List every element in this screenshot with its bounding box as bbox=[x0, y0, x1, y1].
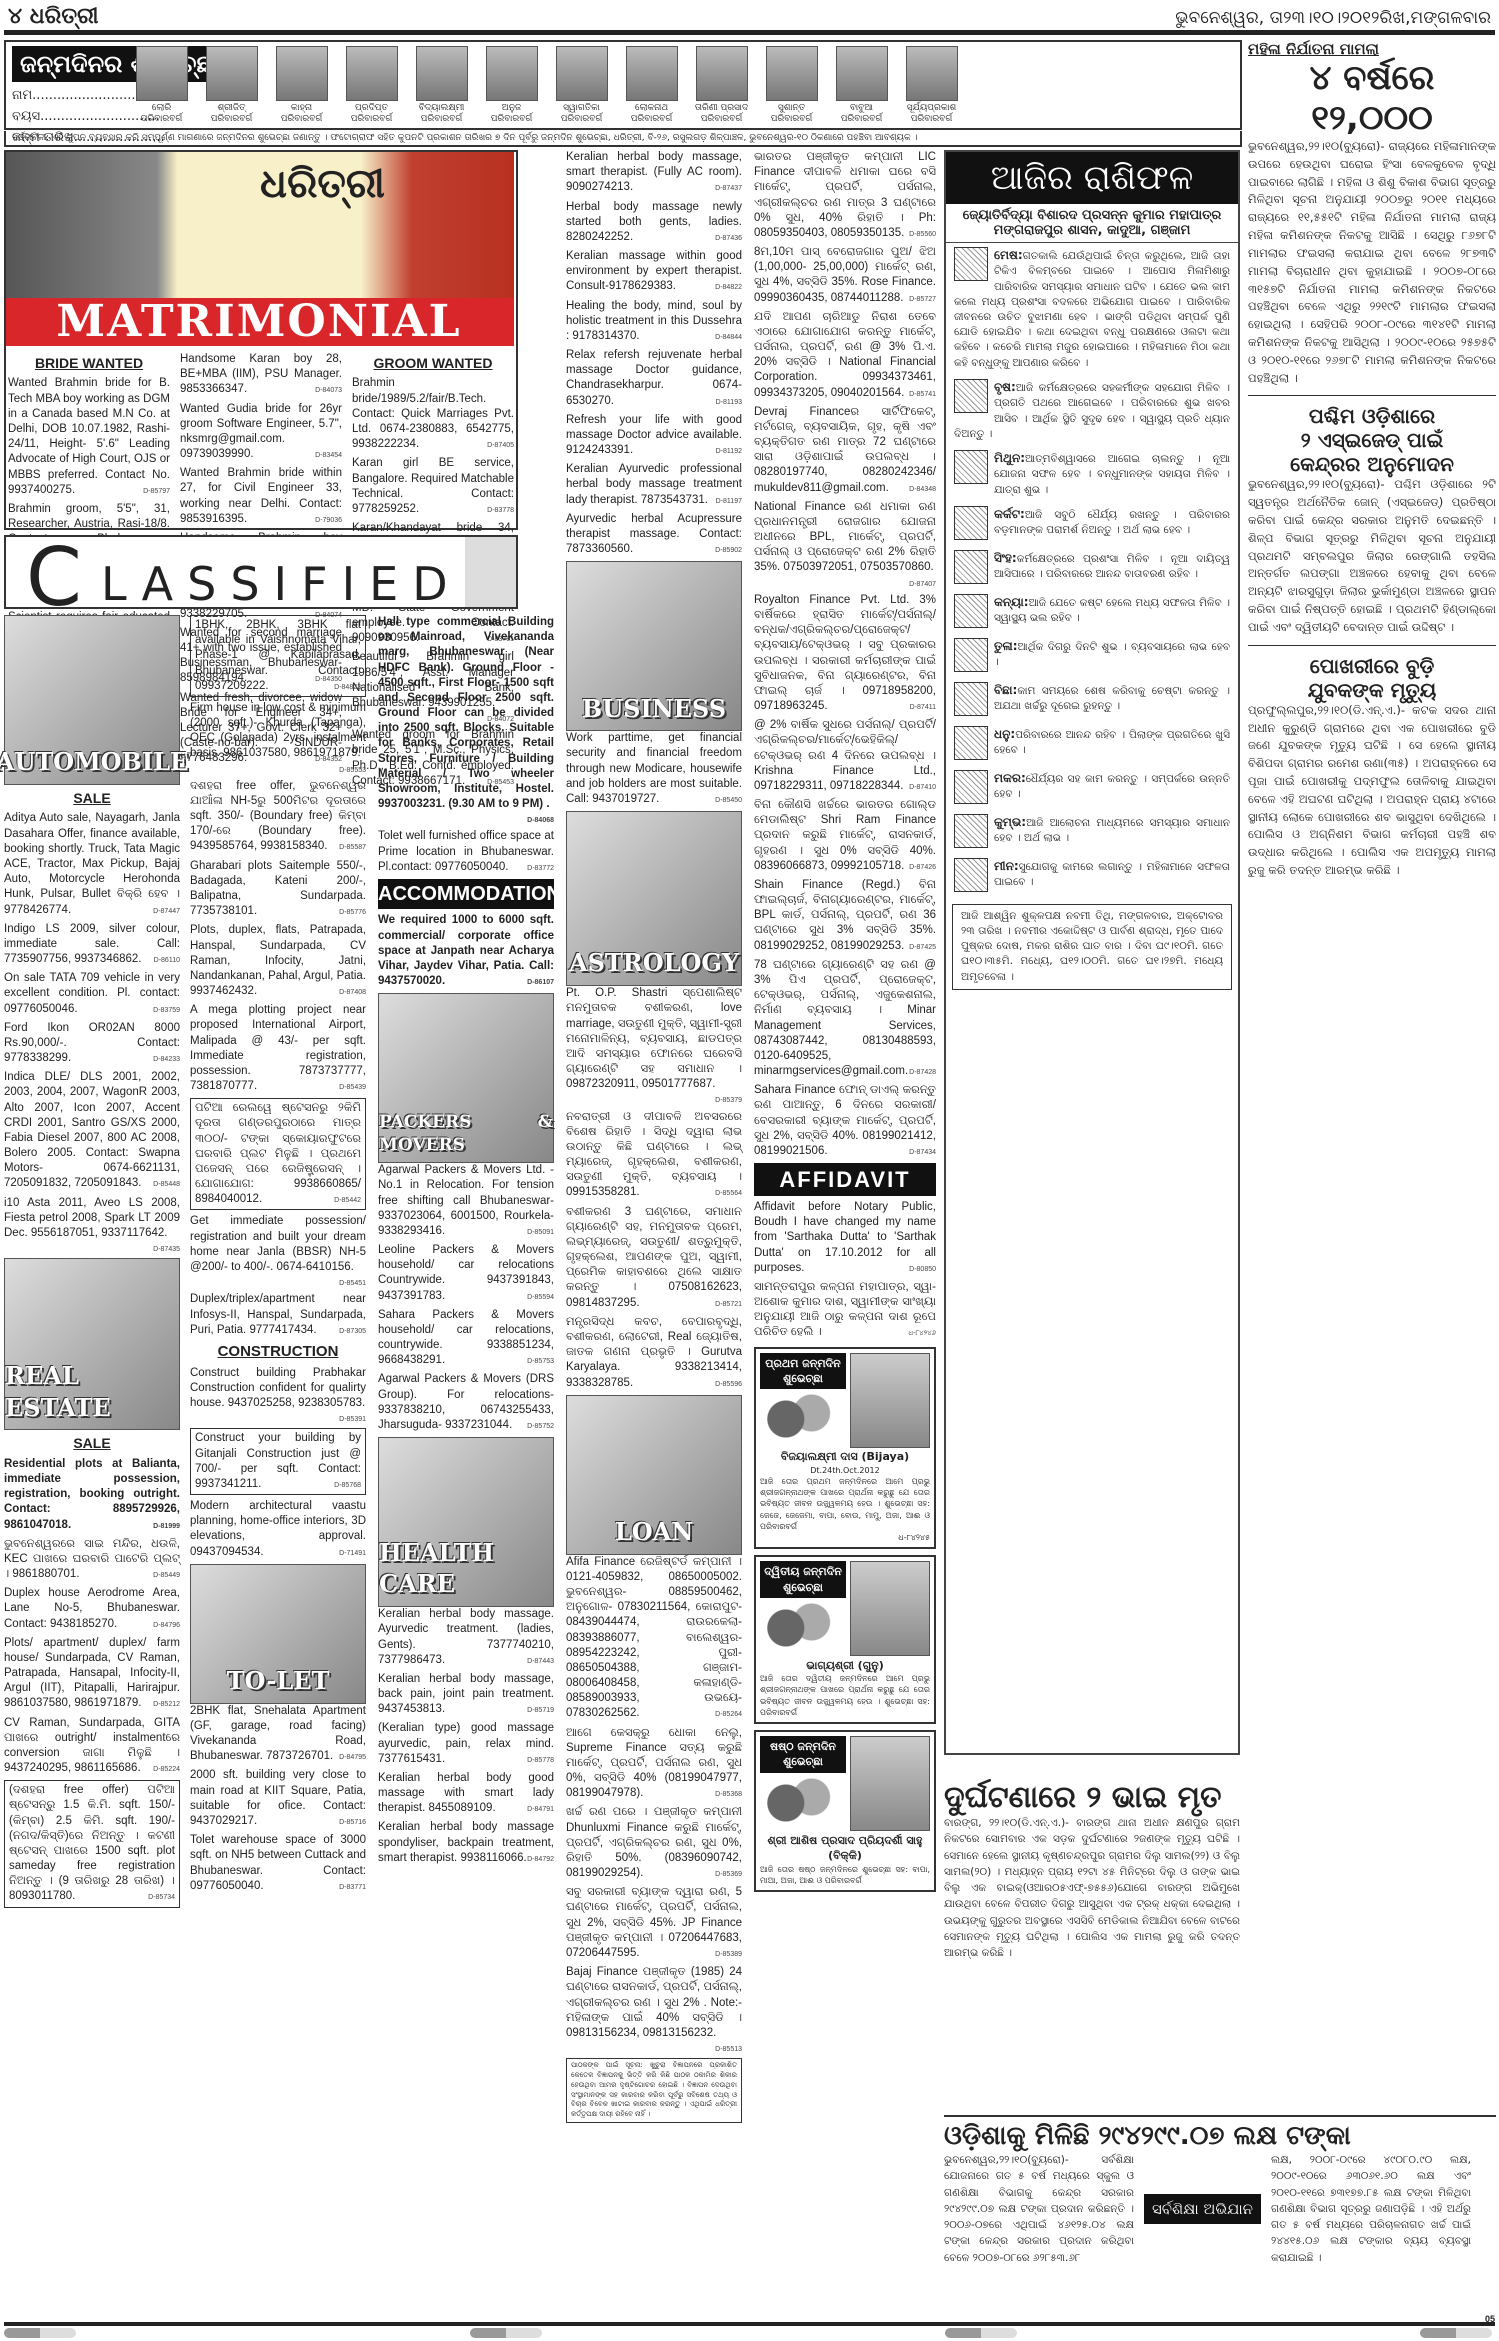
sarva-shiksha-headline: ଓଡ଼ିଶାକୁ ମିଳିଛି ୨୯୪୨୯୯.୦୭ ଲକ୍ଷ ଟଙ୍କା bbox=[944, 2115, 1496, 2152]
birthday-photo: ଲୋକନାଥପରିବାରବର୍ଗ bbox=[624, 46, 679, 135]
child-photo bbox=[850, 1736, 930, 1831]
classified-ad: Agarwal Packers & Movers (DRS Group). Fo… bbox=[378, 1372, 554, 1433]
child-photo bbox=[626, 46, 678, 101]
ad-code: D-87411 bbox=[910, 703, 936, 712]
ad-text: ମନ୍ତ୍ରସିଦ୍ଧ କବଚ, ବେପାରବୃଦ୍ଧି, ବଶୀକରଣ, ଲୋ… bbox=[566, 1316, 742, 1389]
ad-code: D-87410 bbox=[909, 783, 936, 792]
classified-ad: Keralian herbal body massage. Ayurvedic … bbox=[378, 1607, 554, 1668]
child-from: ପରିବାରବର୍ଗ bbox=[631, 114, 673, 125]
classified-ad: Tolet well furnished office space at Pri… bbox=[378, 829, 554, 875]
horoscope-sign: ମକର:ଧୈର୍ଯ୍ୟର ସହ କାମ କରନ୍ତୁ । ସମ୍ପର୍କରେ ଉ… bbox=[946, 766, 1238, 810]
ad-code: D-85719 bbox=[527, 1706, 554, 1715]
ad-text: ଭାରତର ପଞ୍ଜୀକୃତ କମ୍ପାନୀ LIC Finance ଦୀପାବ… bbox=[754, 151, 936, 239]
horoscope-sign: ମୀନ:ସୁଯୋଗକୁ କାମରେ ଲଗାନ୍ତୁ । ମହିଳାମାନେ ସଫ… bbox=[946, 854, 1238, 898]
card-title: ଦ୍ୱିତୀୟ ଜନ୍ମଦିନ ଶୁଭେଚ୍ଛା bbox=[760, 1561, 846, 1598]
ad-code: D-85753 bbox=[527, 1357, 554, 1366]
classified-initial: C bbox=[26, 531, 82, 624]
ad-text: We required 1000 to 6000 sqft. commercia… bbox=[378, 914, 554, 987]
classified-ad: Modern architectural vaastu planning, ho… bbox=[190, 1499, 366, 1560]
classified-ad: On sale TATA 709 vehicle in very excelle… bbox=[4, 971, 180, 1017]
ad-text: Plots, duplex, flats, Patrapada, Hanspal… bbox=[190, 924, 366, 997]
footer-pill bbox=[945, 2328, 1017, 2338]
sign-text: ଆର୍ଥିକ ଦିଗରୁ ଦିନଟି ଶୁଭ । ବ୍ୟବସାୟରେ ଲାଭ ହ… bbox=[994, 641, 1230, 668]
ad-code: D-84068 bbox=[527, 816, 554, 825]
ad-code: D-85513 bbox=[715, 2045, 742, 2054]
property-column: 1BHK, 2BHK, 3BHK flat available in Vaish… bbox=[190, 615, 366, 1898]
birthday-photo: ଲୋରିପରିବାରବର୍ଗ bbox=[134, 46, 189, 135]
child-name: ତାରିଣୀ ପ୍ରସାଦ bbox=[695, 103, 748, 114]
classified-ad: Ayurvedic herbal Acupressure therapist m… bbox=[566, 512, 742, 558]
ad-code: D-85721 bbox=[715, 1300, 742, 1309]
drowning-headline-2: ଯୁବକଙ୍କ ମୃତ୍ୟୁ bbox=[1248, 678, 1496, 702]
horoscope-box: ଆଜିର ରାଶିଫଳ ଜ୍ୟୋତିର୍ବିଦ୍ୟା ବିଶାରଦ ପ୍ରସନ୍… bbox=[944, 150, 1240, 1755]
sign-name: ବୃଷ: bbox=[994, 380, 1016, 394]
classified-ad: Plots/ apartment/ duplex/ farm house/ Su… bbox=[4, 1636, 180, 1712]
ad-code: D-86110 bbox=[154, 956, 180, 965]
top-rule bbox=[4, 30, 1495, 35]
massage-astrology-column: Keralian herbal body massage, smart ther… bbox=[566, 150, 742, 2123]
ad-code: D-84844 bbox=[715, 333, 742, 342]
sez-body: ଭୁବନେଶ୍ୱର,୨୨।୧୦(ବ୍ୟୁରୋ)- ପଶ୍ଚିମ ଓଡ଼ିଶାରେ… bbox=[1248, 476, 1496, 636]
sarva-shiksha-body-right: ଲକ୍ଷ, ୨୦୦୮-୦୯ରେ ୪୯୦୮୦.୯୦ ଲକ୍ଷ, ୨୦୦୯-୧୦ରେ… bbox=[1271, 2152, 1471, 2266]
classified-ad: Devraj Financeର ସାର୍ଟିଫିକେଟ୍, ମର୍ଟଗେଜ୍, … bbox=[754, 405, 936, 496]
women-cases-kicker: ମହିଳା ନିର୍ଯାତନା ମାମଲା bbox=[1248, 40, 1496, 58]
zodiac-icon bbox=[954, 770, 988, 804]
birthday-photo: ଅନୁଜପରିବାରବର୍ଗ bbox=[484, 46, 539, 135]
child-from: ପରିବାରବର୍ଗ bbox=[561, 114, 603, 125]
ad-text: Work parttime, get financial security an… bbox=[566, 732, 742, 805]
birthday-card: ଷଷ୍ଠ ଜନ୍ମଦିନ ଶୁଭେଚ୍ଛାଶ୍ରୀ ଆଶିଷ ପ୍ରସାଦ ପ୍… bbox=[754, 1730, 936, 1892]
child-name: କାହ୍ନା bbox=[281, 103, 323, 114]
ad-code: D-85389 bbox=[715, 1950, 742, 1959]
ad-code: D-80850 bbox=[909, 1265, 936, 1274]
balloons-icon bbox=[760, 1773, 846, 1833]
classified-ad: Residential plots at Balianta, immediate… bbox=[4, 1457, 180, 1533]
classified-ad: ସାମନ୍ତରାପୁର କଳ୍ପନା ମହାପାତ୍ର, ସ୍ୱା- ଅଶୋକ … bbox=[754, 1280, 936, 1341]
classified-ad: Firm house in low cost & minimum (2000 s… bbox=[190, 701, 366, 775]
accident-body: ବାରଙ୍ଗ, ୨୨।୧୦(ଡି.ଏନ୍.ଏ.)- ବାରଙ୍ଗ ଥାନା ଅଧ… bbox=[944, 1815, 1240, 1961]
ad-code: D-87437 bbox=[715, 184, 742, 193]
ad-code: D-85212 bbox=[153, 1700, 180, 1709]
real-estate-sale-heading: SALE bbox=[4, 1434, 180, 1452]
classified-ad: Keralian herbal body massage, back pain,… bbox=[378, 1672, 554, 1718]
sign-text: ଧୈର୍ଯ୍ୟର ସହ କାମ କରନ୍ତୁ । ସମ୍ପର୍କରେ ଉନ୍ନତ… bbox=[994, 773, 1230, 800]
classified-ad: Healing the body, mind, soul by holistic… bbox=[566, 299, 742, 345]
child-from: ପରିବାରବର୍ଗ bbox=[491, 114, 533, 125]
classified-ad: Pt. O.P. Shastri ସ୍ପେଶାଲିଷ୍ଟ ମନମୁତାବକ ବଶ… bbox=[566, 986, 742, 1105]
page-label: ୪ ଧରିତ୍ରୀ bbox=[8, 4, 99, 29]
ad-code: D-85768 bbox=[334, 1481, 361, 1490]
classified-ad: ଆଗେ କେସକ୍ରୁ ଧୋକା ନେଲୁ, Supreme Finance ସ… bbox=[566, 1726, 742, 1802]
real-estate-image: REAL ESTATE bbox=[4, 1258, 180, 1430]
sign-text: କାମ ସମୟରେ ଶେଷ କରିବାକୁ ଚେଷ୍ଟା କରନ୍ତୁ । ଅଯ… bbox=[994, 685, 1230, 712]
ad-code: D-83771 bbox=[339, 1883, 366, 1892]
classified-ad: ଦଶହରା free offer, ଭୁବନେଶ୍ୱର ଯାଆଁଳା NH-5ର… bbox=[190, 779, 366, 855]
card-message: ଆଜି ତୋର ଦ୍ୱିତୀୟ ଜନ୍ମଦିନରେ ଆମେ ପ୍ରଭୁ ଶ୍ରୀ… bbox=[760, 1673, 930, 1718]
classified-ad: Leoline Packers & Movers household/ car … bbox=[378, 1243, 554, 1304]
ad-code: D-85902 bbox=[715, 546, 742, 555]
ad-code: D-83454 bbox=[315, 451, 342, 460]
classified-ad: Gharabari plots Saitemple 550/-, Badagad… bbox=[190, 859, 366, 920]
ad-code: D-85560 bbox=[909, 230, 936, 239]
classified-ad: @ 2% ବାର୍ଷିକ ସୁଧରେ ପର୍ସନାଲ୍/ ପ୍ରପର୍ଟି/ଏଗ… bbox=[754, 718, 936, 794]
classified-ad: 1BHK, 2BHK, 3BHK flat available in Vaish… bbox=[190, 615, 366, 697]
ad-text: ଯଦି ଆପଣ ଚାରିଆଡୁ ନିରାଶ ତେବେ ଏଠାରେ ଯୋଗାଯୋଗ… bbox=[754, 311, 936, 399]
ad-code: D-84791 bbox=[527, 1805, 554, 1814]
ad-code: D-81193 bbox=[716, 398, 742, 407]
classified-ad: ଯଦି ଆପଣ ଚାରିଆଡୁ ନିରାଶ ତେବେ ଏଠାରେ ଯୋଗାଯୋଗ… bbox=[754, 310, 936, 401]
sign-text: ଆତ୍ମବିଶ୍ୱାସରେ ଆଗେଇ ଚାଲନ୍ତୁ । ନୂଆ ଯୋଜନା ସ… bbox=[994, 453, 1230, 496]
ad-code: D-87436 bbox=[715, 234, 742, 243]
sarva-shiksha-news: ଓଡ଼ିଶାକୁ ମିଳିଛି ୨୯୪୨୯୯.୦୭ ଲକ୍ଷ ଟଙ୍କା ଭୁବ… bbox=[944, 2115, 1496, 2266]
ad-text: 78 ଘଣ୍ଟାରେ ଗ୍ୟାରେଣ୍ଟି ସହ ରଣ @ 3% ପିଏ ପ୍ର… bbox=[754, 959, 936, 1077]
card-name: ଭାଗ୍ୟଶ୍ରୀ (ଗୁନୁ) bbox=[760, 1658, 930, 1673]
card-title: ଷଷ୍ଠ ଜନ୍ମଦିନ ଶୁଭେଚ୍ଛା bbox=[760, 1736, 846, 1773]
astrology-image: ASTROLOGY bbox=[566, 811, 742, 986]
ad-code: D-83772 bbox=[527, 864, 554, 873]
ad-code: D-87405 bbox=[487, 441, 514, 450]
birthday-photo: ସୁଶାନ୍ତପରିବାରବର୍ଗ bbox=[764, 46, 819, 135]
ad-code: D-85368 bbox=[715, 1790, 742, 1799]
ad-code: D-85391 bbox=[339, 1415, 366, 1424]
child-name: ବାବୁଆ bbox=[841, 103, 883, 114]
ad-code: D-85264 bbox=[715, 1710, 742, 1719]
classified-ad: Work parttime, get financial security an… bbox=[566, 731, 742, 807]
sarva-shiksha-body-left: ଭୁବନେଶ୍ୱର,୨୨।୧୦(ବ୍ୟୁରୋ)- ସର୍ବଶିକ୍ଷା ଯୋଜନ… bbox=[944, 2152, 1134, 2266]
ad-text: A mega plotting project near proposed In… bbox=[190, 1004, 366, 1092]
child-from: ପରିବାରବର୍ଗ bbox=[771, 114, 813, 125]
ad-code: ଧ-୮୪୨୪୬ bbox=[908, 1329, 936, 1338]
ad-text: Pt. O.P. Shastri ସ୍ପେଶାଲିଷ୍ଟ ମନମୁତାବକ ବଶ… bbox=[566, 987, 742, 1090]
classified-ad: Shain Finance (Regd.) ବିନା ଫାଇଲ୍‌ଚାର୍ଜ, … bbox=[754, 878, 936, 954]
birthday-card: ଦ୍ୱିତୀୟ ଜନ୍ମଦିନ ଶୁଭେଚ୍ଛାଭାଗ୍ୟଶ୍ରୀ (ଗୁନୁ)… bbox=[754, 1555, 936, 1724]
classified-ad: Get immediate possession/ registration a… bbox=[190, 1214, 366, 1288]
ad-code: D-85442 bbox=[334, 1196, 361, 1205]
ad-code: D-81999 bbox=[153, 1522, 180, 1531]
finance-column: ଭାରତର ପଞ୍ଜୀକୃତ କମ୍ପାନୀ LIC Finance ଦୀପାବ… bbox=[754, 150, 936, 1898]
classified-ad: We required 1000 to 6000 sqft. commercia… bbox=[378, 913, 554, 989]
birthday-photo: ବାବୁଆପରିବାରବର୍ଗ bbox=[834, 46, 889, 135]
ad-text: i10 Asta 2011, Aveo LS 2008, Fiesta petr… bbox=[4, 1197, 180, 1239]
ad-code: D-85449 bbox=[153, 1571, 180, 1580]
automobile-column: AUTOMOBILE SALE Aditya Auto sale, Nayaga… bbox=[4, 615, 180, 1912]
birthday-greetings-strip: ଜନ୍ମଦିନର ଶୁଭେଚ୍ଛା ନାମ...................… bbox=[4, 40, 1242, 130]
ad-text: ବଶୀକରଣ 3 ଘଣ୍ଟାରେ, ସମାଧାନ ଗ୍ୟାରେଣ୍ଟି ସହ, … bbox=[566, 1206, 742, 1309]
child-name: ଲୋରି bbox=[141, 103, 183, 114]
ad-code: D-87428 bbox=[909, 1068, 936, 1077]
ad-code: D-87426 bbox=[909, 863, 936, 872]
child-name: ସ୍ୱାଗତିକା bbox=[561, 103, 603, 114]
birthday-card: ପ୍ରଥମ ଜନ୍ମଦିନ ଶୁଭେଚ୍ଛାବିଜୟାଲକ୍ଷ୍ମୀ ଦାସ (… bbox=[754, 1347, 936, 1549]
classified-ad: 2000 sft. building very close to main ro… bbox=[190, 1768, 366, 1829]
child-photo bbox=[836, 46, 888, 101]
accident-news: ଦୁର୍ଘଟଣାରେ ୨ ଭାଇ ମୃତ ବାରଙ୍ଗ, ୨୨।୧୦(ଡି.ଏନ… bbox=[944, 1780, 1240, 1961]
sez-headline-2: ୨ ଏସ୍‌ଇଜେଡ୍ ପାଇଁ bbox=[1248, 428, 1496, 452]
classified-ad: Aditya Auto sale, Nayagarh, Janla Dasaha… bbox=[4, 811, 180, 917]
ad-code: D-85564 bbox=[715, 1189, 742, 1198]
footer-pill bbox=[470, 2328, 542, 2338]
zodiac-icon bbox=[954, 594, 988, 628]
child-photo bbox=[766, 46, 818, 101]
ad-code: D-84823 bbox=[334, 683, 361, 692]
classified-ad: Sahara Finance ଫୋନ୍ ଡାଏଲ୍ କରନ୍ତୁ ରଣ ପାଆନ… bbox=[754, 1083, 936, 1159]
birthday-photo: ତାରିଣୀ ପ୍ରସାଦପରିବାରବର୍ଗ bbox=[694, 46, 749, 135]
sign-text: ଆଜି ଯେତେ କଷ୍ଟ ହେଲେ ମଧ୍ୟ ସଫଳତା ମିଳିବ । ସ୍… bbox=[994, 597, 1230, 624]
sign-name: ଧନୁ: bbox=[994, 727, 1015, 741]
classified-ad: Wanted Brahmin bride for B. Tech MBA boy… bbox=[8, 376, 170, 497]
ad-code: D-84233 bbox=[153, 1055, 180, 1064]
ad-text: Hall type commercial Building on Mainroa… bbox=[378, 616, 554, 810]
child-name: ପ୍ରଦିପ୍ତ bbox=[351, 103, 393, 114]
ad-text: Affidavit before Notary Public, Boudh I … bbox=[754, 1201, 936, 1274]
zodiac-icon bbox=[954, 726, 988, 760]
page-number: 05 bbox=[1485, 2314, 1495, 2324]
classified-ad: Brahmin bride/1989/5.2/fair/B.Tech. Cont… bbox=[352, 376, 514, 452]
zodiac-icon bbox=[954, 638, 988, 672]
classified-ad: Karan girl BE service, Bangalore. Requir… bbox=[352, 456, 514, 517]
auto-sale-heading: SALE bbox=[4, 789, 180, 807]
classified-ad: Indica DLE/ DLS 2001, 2002, 2003, 2004, … bbox=[4, 1070, 180, 1191]
ad-text: Aditya Auto sale, Nayagarh, Janla Dasaha… bbox=[4, 812, 180, 915]
horoscope-sign: ବିଛା:କାମ ସମୟରେ ଶେଷ କରିବାକୁ ଚେଷ୍ଟା କରନ୍ତୁ… bbox=[946, 678, 1238, 722]
birthday-photos: ଲୋରିପରିବାରବର୍ଗଶ୍ରୀଜିତ୍ପରିବାରବର୍ଗକାହ୍ନାପର… bbox=[134, 46, 959, 135]
women-cases-headline-1: ୪ ବର୍ଷରେ bbox=[1248, 58, 1496, 98]
horoscope-sign: କର୍କଟ:ଆଜି ସବୁଠି ଧୈର୍ଯ୍ୟ ରଖନ୍ତୁ । ପରିବାରର… bbox=[946, 502, 1238, 546]
child-photo bbox=[850, 1561, 930, 1656]
classified-ad: ସବୁ ସରକାରୀ ବ୍ୟାଙ୍କ ଦ୍ୱାରା ରଣ, 5 ଘଣ୍ଟାରେ … bbox=[566, 1885, 742, 1961]
classified-ad: Relax refersh rejuvenate herbal massage … bbox=[566, 348, 742, 409]
ad-text: ପଟିଆ ରେଲୱେ ଷ୍ଟେସନରୁ ୨କିମି ଦୂରତା ଗଣ୍ଡରପୁର… bbox=[195, 1102, 361, 1205]
ad-code: D-85776 bbox=[339, 908, 366, 917]
birthday-terms-notice: ସର୍ତ୍ତାବଳୀ: ଏହି କୁପନ ବ୍ୟବହାର କରି ସମ୍ପୂର୍… bbox=[4, 131, 1242, 147]
child-photo bbox=[556, 46, 608, 101]
classified-ad: ବଶୀକରଣ 3 ଘଣ୍ଟାରେ, ସମାଧାନ ଗ୍ୟାରେଣ୍ଟି ସହ, … bbox=[566, 1205, 742, 1311]
child-photo bbox=[416, 46, 468, 101]
sign-name: ମିଥୁନ: bbox=[994, 451, 1025, 465]
horoscope-sign: କନ୍ୟା:ଆଜି ଯେତେ କଷ୍ଟ ହେଲେ ମଧ୍ୟ ସଫଳତା ମିଳି… bbox=[946, 590, 1238, 634]
birthday-photo: ପ୍ରଦିପ୍ତପରିବାରବର୍ଗ bbox=[344, 46, 399, 135]
birthday-photo: ଶ୍ରୀଜିତ୍ପରିବାରବର୍ଗ bbox=[204, 46, 259, 135]
ad-code: D-81192 bbox=[716, 447, 742, 456]
horoscope-sign: ବୃଷ:ଆଜି କର୍ମକ୍ଷେତ୍ରରେ ସହକର୍ମୀଙ୍କ ସହଯୋଗ ମ… bbox=[946, 375, 1238, 446]
ad-code: D-87435 bbox=[153, 1245, 180, 1254]
ad-code: D-85451 bbox=[339, 1279, 366, 1288]
ad-code: D-86107 bbox=[527, 978, 554, 987]
ad-code: D-85091 bbox=[527, 1228, 554, 1237]
ad-code: D-85369 bbox=[715, 1870, 742, 1879]
ad-text: Agarwal Packers & Movers Ltd. - No.1 in … bbox=[378, 1164, 554, 1237]
classified-ad: 2BHK flat, Snehalata Apartment (GF, gara… bbox=[190, 1704, 366, 1765]
classified-ad: Refresh your life with good massage Doct… bbox=[566, 413, 742, 459]
sign-text: କର୍ମକ୍ଷେତ୍ରରେ ପ୍ରଶଂସା ମିଳିବ । ନୂଆ ଦାୟିତ୍… bbox=[994, 553, 1230, 580]
birthday-photo: କାହ୍ନାପରିବାରବର୍ଗ bbox=[274, 46, 329, 135]
accommodation-heading: ACCOMMODATION bbox=[378, 879, 554, 909]
sign-name: କନ୍ୟା: bbox=[994, 595, 1029, 609]
ad-code: D-87408 bbox=[339, 988, 366, 997]
child-name: ଲୋକନାଥ bbox=[631, 103, 673, 114]
classified-ad: ଭୁବନେଶ୍ୱରରେ ସାଇ ମନ୍ଦିର, ଧଉଳି, KEC ପାଖରେ … bbox=[4, 1537, 180, 1583]
construction-heading: CONSTRUCTION bbox=[190, 1342, 366, 1362]
classified-ad: Keralian herbal body massage, smart ther… bbox=[566, 150, 742, 196]
classified-ad: Royalton Finance Pvt. Ltd. 3% ବାର୍ଷିକରେ … bbox=[754, 593, 936, 714]
classified-ad: Keralian herbal body massage spondyliser… bbox=[378, 1820, 554, 1866]
ad-code: D-85752 bbox=[527, 1422, 554, 1431]
footer-pill bbox=[4, 2328, 76, 2338]
classified-ad: Duplex house Aerodrome Area, Lane No-5, … bbox=[4, 1586, 180, 1632]
balloons-icon bbox=[760, 1598, 846, 1658]
child-photo bbox=[136, 46, 188, 101]
classified-ad: Construct building Prabhakar Constructio… bbox=[190, 1366, 366, 1425]
child-from: ପରିବାରବର୍ଗ bbox=[211, 114, 253, 125]
ad-text: National Finance ରଣ ଧମାକା ରଣ ପ୍ରଧାନମନ୍ତ୍… bbox=[754, 501, 936, 574]
ad-code: D-87305 bbox=[339, 1327, 366, 1336]
drowning-headline-1: ପୋଖରୀରେ ବୁଡ଼ି bbox=[1248, 654, 1496, 678]
classified-title: LASSIFIED bbox=[101, 557, 462, 611]
bride-wanted-heading: BRIDE WANTED bbox=[8, 354, 170, 372]
ad-code: D-85734 bbox=[148, 1893, 175, 1902]
ad-text: Indica DLE/ DLS 2001, 2002, 2003, 2004, … bbox=[4, 1071, 180, 1189]
classified-ad: Ford Ikon OR02AN 8000 Rs.90,000/-. Conta… bbox=[4, 1021, 180, 1067]
ad-code: D-84795 bbox=[339, 1753, 366, 1762]
dateline: ଭୁବନେଶ୍ୱର, ତା୨୩।୧୦।୨୦୧୨ରିଖ,ମଙ୍ଗଳବାର bbox=[1175, 8, 1491, 28]
classified-ad: Keralian massage within good environment… bbox=[566, 249, 742, 295]
ad-code: D-85716 bbox=[339, 1818, 366, 1827]
child-photo bbox=[906, 46, 958, 101]
accident-headline: ଦୁର୍ଘଟଣାରେ ୨ ଭାଇ ମୃତ bbox=[944, 1780, 1240, 1815]
ad-text: Devraj Financeର ସାର୍ଟିଫିକେଟ୍, ମର୍ଟଗେଜ୍, … bbox=[754, 406, 936, 494]
classified-ad: ପଟିଆ ରେଲୱେ ଷ୍ଟେସନରୁ ୨କିମି ଦୂରତା ଗଣ୍ଡରପୁର… bbox=[190, 1098, 366, 1210]
classified-ad: ବିନା କୌଣସି ଖର୍ଚ୍ଚରେ ଭାରତର ଗୋଲ୍ଡ ମେଡାଲିଷ୍… bbox=[754, 798, 936, 874]
commercial-column: Hall type commercial Building on Mainroa… bbox=[378, 615, 554, 1870]
ad-code: D-85587 bbox=[339, 843, 366, 852]
panjika: ଆଜି ଆଶ୍ୱିନ ଶୁକ୍ଳପକ୍ଷ ନବମୀ ତିଥି, ମଙ୍ଗଳବାର… bbox=[952, 904, 1232, 990]
ad-code: D-71491 bbox=[339, 1549, 366, 1558]
horoscope-sign: ଧନୁ:ପରିବାରରେ ଆନନ୍ଦ ରହିବ । ପିଲାଙ୍କ ପ୍ରଗତି… bbox=[946, 722, 1238, 766]
classified-ad: ଖର୍ଚ୍ଚ ରଣ ପରେ । ପଞ୍ଜୀକୃତ କମ୍ପାନୀ Dhunlux… bbox=[566, 1805, 742, 1881]
zodiac-icon bbox=[954, 450, 988, 484]
child-from: ପରିବାରବର୍ଗ bbox=[141, 114, 183, 125]
ad-code: D-84792 bbox=[527, 1855, 554, 1864]
child-photo bbox=[850, 1353, 930, 1448]
classified-ad: Wanted Gudia bride for 26yr groom Softwa… bbox=[180, 402, 342, 463]
ad-code: D-87443 bbox=[527, 1657, 554, 1666]
health-care-image: HEALTH CARE bbox=[378, 1437, 554, 1607]
ad-code: D-85439 bbox=[339, 1083, 366, 1092]
child-photo bbox=[346, 46, 398, 101]
ad-code: D-85778 bbox=[527, 1756, 554, 1765]
card-code: ଧ-୮୪୨୪୫ bbox=[760, 1532, 930, 1543]
women-cases-body: ଭୁବନେଶ୍ୱର,୨୨।୧୦(ବ୍ୟୁରୋ)- ରାଜ୍ୟରେ ମହିଳାମା… bbox=[1248, 138, 1496, 387]
ad-text: (ଦଶହରା free offer) ପଟିଆ ଷ୍ଟେସନ୍‌ରୁ 1.5 କ… bbox=[9, 1784, 175, 1902]
sign-name: ବିଛା: bbox=[994, 683, 1017, 697]
child-from: ପରିବାରବର୍ଗ bbox=[695, 114, 748, 125]
child-name: ଅନୁଜ bbox=[491, 103, 533, 114]
classified-ad: Indigo LS 2009, silver colour, immediate… bbox=[4, 922, 180, 968]
birthday-photo: ସୂର୍ଯ୍ୟପ୍ରକାଶପରିବାରବର୍ଗ bbox=[904, 46, 959, 135]
ad-code: D-85224 bbox=[153, 1765, 180, 1774]
classified-ad: Keralian herbal body good massage with s… bbox=[378, 1771, 554, 1817]
ad-code: D-85553 bbox=[339, 766, 366, 775]
ad-code: D-85741 bbox=[909, 390, 936, 399]
ad-text: ନବରାତ୍ରୀ ଓ ଦୀପାବଳି ଅବସରରେ ବିଶେଷ ରିହାତି ।… bbox=[566, 1111, 742, 1199]
zodiac-icon bbox=[954, 247, 988, 281]
sign-name: ମେଷ: bbox=[994, 248, 1023, 262]
classified-ad: (Keralian type) good massage ayurvedic, … bbox=[378, 1721, 554, 1767]
child-from: ପରିବାରବର୍ଗ bbox=[351, 114, 393, 125]
classified-header: C LASSIFIED bbox=[4, 535, 518, 609]
footer-pill bbox=[1420, 2328, 1492, 2338]
card-message: ଆଜି ତୋର ପ୍ରଥମ ଜନ୍ମଦିନରେ ଆମେ ପ୍ରଭୁ ଶ୍ରୀଜଗ… bbox=[760, 1476, 930, 1532]
zodiac-icon bbox=[954, 550, 988, 584]
ad-text: Bajaj Finance ପଞ୍ଜୀକୃତ (1985) 24 ଘଣ୍ଟାରେ… bbox=[566, 1966, 742, 2039]
classified-ad: Hall type commercial Building on Mainroa… bbox=[378, 615, 554, 825]
classified-ad: Duplex/triplex/apartment near Infosys-II… bbox=[190, 1292, 366, 1338]
card-date: Dt.24th.Oct.2012 bbox=[760, 1465, 930, 1476]
ad-code: D-79036 bbox=[315, 516, 342, 525]
classified-ad: Sahara Packers & Movers household/ car r… bbox=[378, 1308, 554, 1369]
birthday-photo: ବିଦ୍ୟାଲକ୍ଷ୍ମୀପରିବାରବର୍ଗ bbox=[414, 46, 469, 135]
ad-text: ସବୁ ସରକାରୀ ବ୍ୟାଙ୍କ ଦ୍ୱାରା ରଣ, 5 ଘଣ୍ଟାରେ … bbox=[566, 1886, 742, 1959]
ad-code: D-83778 bbox=[487, 506, 514, 515]
child-name: ସୂର୍ଯ୍ୟପ୍ରକାଶ bbox=[907, 103, 957, 114]
classified-ad: Affidavit before Notary Public, Boudh I … bbox=[754, 1200, 936, 1276]
classified-ad: A mega plotting project near proposed In… bbox=[190, 1003, 366, 1094]
child-name: ସୁଶାନ୍ତ bbox=[771, 103, 813, 114]
sign-text: ଆଜି ସବୁଠି ଧୈର୍ଯ୍ୟ ରଖନ୍ତୁ । ପରିବାରର ବଡ଼ମା… bbox=[994, 509, 1230, 536]
child-photo bbox=[206, 46, 258, 101]
child-from: ପରିବାରବର୍ଗ bbox=[907, 114, 957, 125]
sarva-shiksha-badge: ସର୍ବଶିକ୍ଷା ଅଭିଯାନ bbox=[1144, 2194, 1261, 2224]
classified-ad: Wanted Brahmin bride within 27, for Civi… bbox=[180, 466, 342, 527]
groom-wanted-heading: GROOM WANTED bbox=[352, 354, 514, 372]
ad-code: D-85596 bbox=[715, 1380, 742, 1389]
ad-text: Construct building Prabhakar Constructio… bbox=[190, 1367, 366, 1409]
ad-text: ଦଶହରା free offer, ଭୁବନେଶ୍ୱର ଯାଆଁଳା NH-5ର… bbox=[190, 780, 366, 853]
card-message: ଆଜି ତୋର ଷଷ୍ଠ ଜନ୍ମଦିନରେ ଶୁଭେଚ୍ଛା ସହ: ବାପା… bbox=[760, 1864, 930, 1886]
classified-ad: ନବରାତ୍ରୀ ଓ ଦୀପାବଳି ଅବସରରେ ବିଶେଷ ରିହାତି ।… bbox=[566, 1110, 742, 1201]
classified-ad: Herbal body massage newly started both g… bbox=[566, 200, 742, 246]
ad-code: D-85797 bbox=[143, 487, 170, 496]
sign-name: ମୀନ: bbox=[994, 859, 1019, 873]
ad-text: 1BHK, 2BHK, 3BHK flat available in Vaish… bbox=[195, 619, 361, 692]
ad-code: D-84822 bbox=[715, 283, 742, 292]
child-from: ପରିବାରବର୍ଗ bbox=[419, 114, 465, 125]
child-photo bbox=[696, 46, 748, 101]
zodiac-icon bbox=[954, 814, 988, 848]
child-name: ବିଦ୍ୟାଲକ୍ଷ୍ମୀ bbox=[419, 103, 465, 114]
sign-text: ସୁଯୋଗକୁ କାମରେ ଲଗାନ୍ତୁ । ମହିଳାମାନେ ସଫଳତା … bbox=[994, 861, 1230, 888]
classified-ad: (ଦଶହରା free offer) ପଟିଆ ଷ୍ଟେସନ୍‌ରୁ 1.5 କ… bbox=[4, 1780, 180, 1907]
ad-text: Residential plots at Balianta, immediate… bbox=[4, 1458, 180, 1531]
ad-code: D-84073 bbox=[315, 386, 342, 395]
zodiac-icon bbox=[954, 682, 988, 716]
horoscope-sign: ସିଂହ:କର୍ମକ୍ଷେତ୍ରରେ ପ୍ରଶଂସା ମିଳିବ । ନୂଆ ଦ… bbox=[946, 546, 1238, 590]
ad-text: ବିନା କୌଣସି ଖର୍ଚ୍ଚରେ ଭାରତର ଗୋଲ୍ଡ ମେଡାଲିଷ୍… bbox=[754, 799, 936, 872]
ad-code: D-87407 bbox=[909, 580, 936, 589]
ad-code: D-85379 bbox=[715, 1096, 742, 1105]
business-image: BUSINESS bbox=[566, 561, 742, 731]
classified-ad: Keralian Ayurvedic professional herbal b… bbox=[566, 462, 742, 508]
ad-text: @ 2% ବାର୍ଷିକ ସୁଧରେ ପର୍ସନାଲ୍/ ପ୍ରପର୍ଟି/ଏଗ… bbox=[754, 719, 936, 792]
ad-text: Sahara Finance ଫୋନ୍ ଡାଏଲ୍ କରନ୍ତୁ ରଣ ପାଆନ… bbox=[754, 1084, 936, 1157]
card-name: ଶ୍ରୀ ଆଶିଷ ପ୍ରସାଦ ପ୍ରିୟଦର୍ଶୀ ସାହୁ (ବିକ୍କି… bbox=[760, 1833, 930, 1864]
zodiac-icon bbox=[954, 858, 988, 892]
classified-ad: Tolet warehouse space of 3000 sqft. on N… bbox=[190, 1833, 366, 1894]
sign-name: କୁମ୍ଭ: bbox=[994, 815, 1026, 829]
classified-ad: 78 ଘଣ୍ଟାରେ ଗ୍ୟାରେଣ୍ଟି ସହ ରଣ @ 3% ପିଏ ପ୍ର… bbox=[754, 958, 936, 1079]
classified-ad: National Finance ରଣ ଧମାକା ରଣ ପ୍ରଧାନମନ୍ତ୍… bbox=[754, 500, 936, 589]
ad-text: Brahmin bride/1989/5.2/fair/B.Tech. Cont… bbox=[352, 377, 514, 450]
